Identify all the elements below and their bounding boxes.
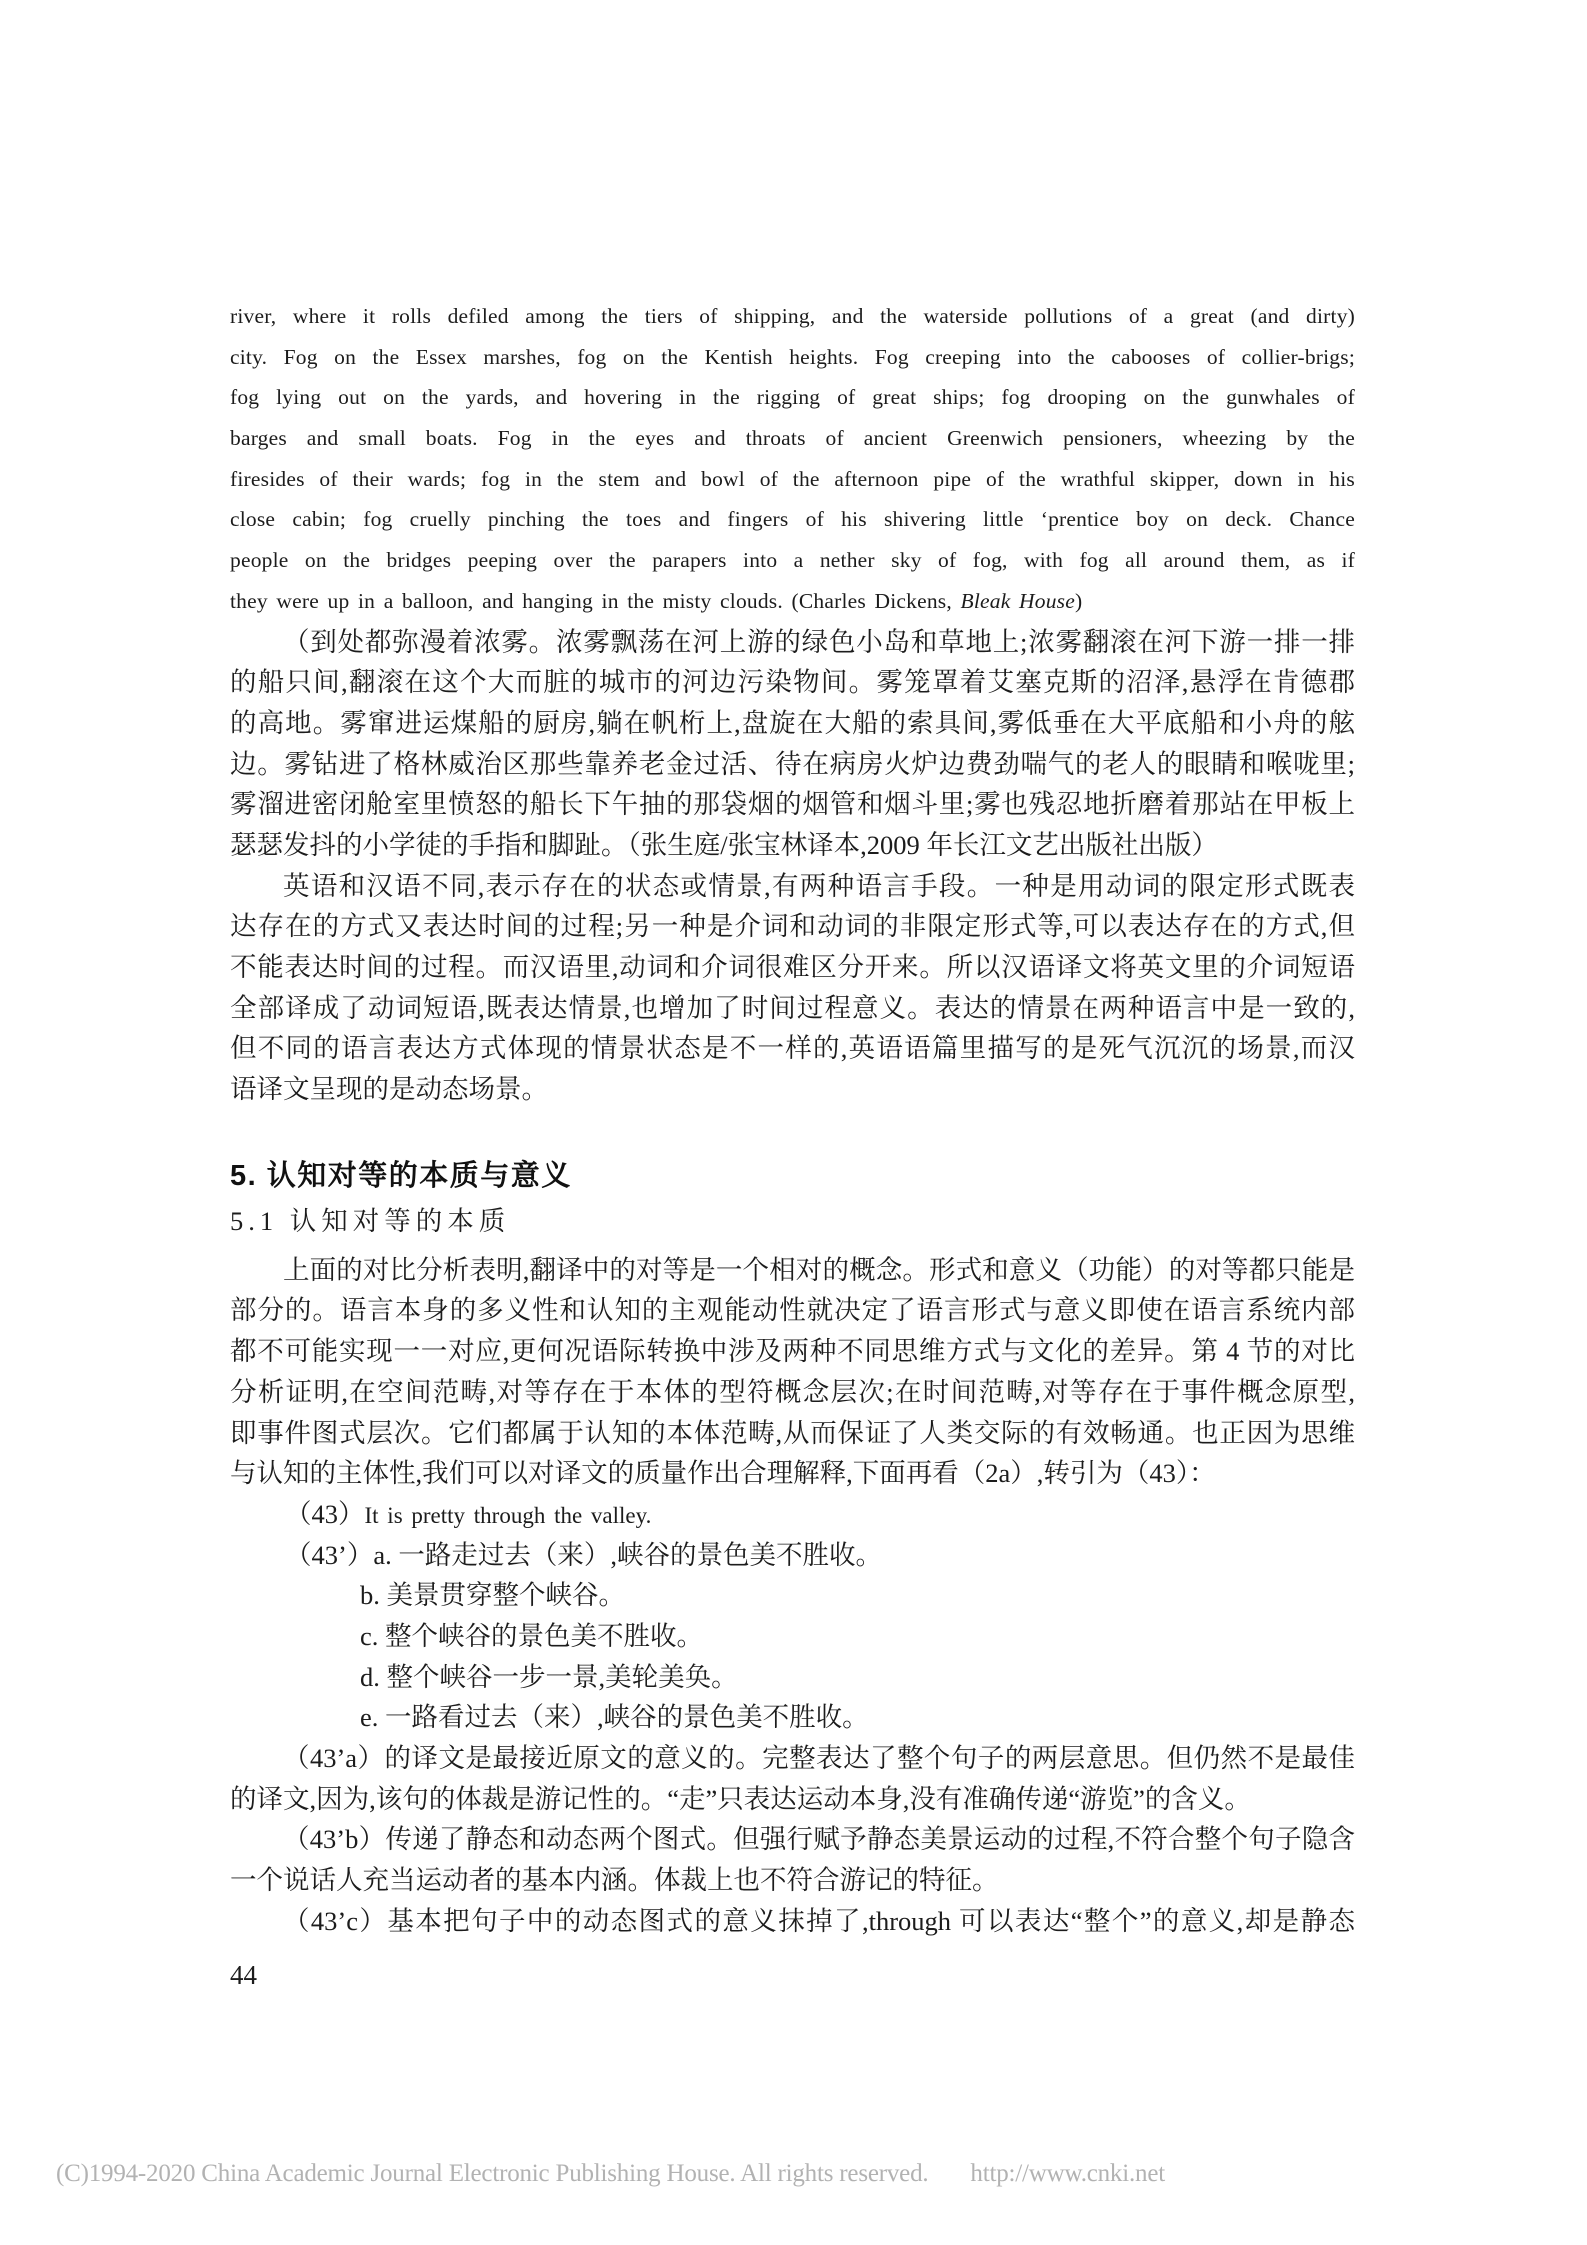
chinese-translation-line: 的船只间,翻滚在这个大而脏的城市的河边污染物间。雾笼罩着艾塞克斯的沼泽,悬浮在肯… bbox=[230, 662, 1355, 703]
analysis-line: 上面的对比分析表明,翻译中的对等是一个相对的概念。形式和意义（功能）的对等都只能… bbox=[230, 1250, 1355, 1291]
page-number: 44 bbox=[230, 1955, 1355, 1995]
example-number: （43） bbox=[285, 1499, 365, 1529]
english-excerpt-line: city. Fog on the Essex marshes, fog on t… bbox=[230, 337, 1355, 378]
english-excerpt-line: close cabin; fog cruelly pinching the to… bbox=[230, 499, 1355, 540]
analysis-line: 语译文呈现的是动态场景。 bbox=[230, 1069, 1355, 1110]
excerpt-citation-text: they were up in a balloon, and hanging i… bbox=[230, 589, 961, 613]
analysis-line: 不能表达时间的过程。而汉语里,动词和介词很难区分开来。所以汉语译文将英文里的介词… bbox=[230, 947, 1355, 988]
english-excerpt-line: people on the bridges peeping over the p… bbox=[230, 540, 1355, 581]
analysis-line: 英语和汉语不同,表示存在的状态或情景,有两种语言手段。一种是用动词的限定形式既表 bbox=[230, 866, 1355, 907]
example-source-line: （43）It is pretty through the valley. bbox=[230, 1494, 1355, 1535]
example-item-line: b. 美景贯穿整个峡谷。 bbox=[230, 1575, 1355, 1616]
section-heading: 5. 认知对等的本质与意义 bbox=[230, 1152, 1355, 1200]
analysis-line: 分析证明,在空间范畴,对等存在于本体的型符概念层次;在时间范畴,对等存在于事件概… bbox=[230, 1372, 1355, 1413]
example-item-line: e. 一路看过去（来）,峡谷的景色美不胜收。 bbox=[230, 1697, 1355, 1738]
analysis-line: 即事件图式层次。它们都属于认知的本体范畴,从而保证了人类交际的有效畅通。也正因为… bbox=[230, 1413, 1355, 1454]
comment-line: （43’a）的译文是最接近原文的意义的。完整表达了整个句子的两层意思。但仍然不是… bbox=[230, 1738, 1355, 1779]
excerpt-citation-close: ) bbox=[1075, 589, 1082, 613]
example-item-line: d. 整个峡谷一步一景,美轮美奂。 bbox=[230, 1657, 1355, 1698]
analysis-line: 部分的。语言本身的多义性和认知的主观能动性就决定了语言形式与意义即使在语言系统内… bbox=[230, 1290, 1355, 1331]
comment-line: （43’b）传递了静态和动态两个图式。但强行赋予静态美景运动的过程,不符合整个句… bbox=[230, 1819, 1355, 1860]
chinese-translation-line: （到处都弥漫着浓雾。浓雾飘荡在河上游的绿色小岛和草地上;浓雾翻滚在河下游一排一排 bbox=[230, 622, 1355, 663]
subsection-heading: 5.1 认知对等的本质 bbox=[230, 1200, 1355, 1242]
english-excerpt-line: river, where it rolls defiled among the … bbox=[230, 296, 1355, 337]
analysis-line: 与认知的主体性,我们可以对译文的质量作出合理解释,下面再看（2a）,转引为（43… bbox=[230, 1453, 1355, 1494]
comment-line: （43’c）基本把句子中的动态图式的意义抹掉了,through 可以表达“整个”… bbox=[230, 1901, 1355, 1942]
analysis-line: 都不可能实现一一对应,更何况语际转换中涉及两种不同思维方式与文化的差异。第 4 … bbox=[230, 1331, 1355, 1372]
cnki-url: http://www.cnki.net bbox=[970, 2160, 1165, 2187]
analysis-line: 全部译成了动词短语,既表达情景,也增加了时间过程意义。表达的情景在两种语言中是一… bbox=[230, 988, 1355, 1029]
example-item-line: c. 整个峡谷的景色美不胜收。 bbox=[230, 1616, 1355, 1657]
english-excerpt-line: they were up in a balloon, and hanging i… bbox=[230, 581, 1355, 622]
english-excerpt-line: barges and small boats. Fog in the eyes … bbox=[230, 418, 1355, 459]
copyright-footer: (C)1994-2020 China Academic Journal Elec… bbox=[56, 2160, 1536, 2188]
comment-line: 一个说话人充当运动者的基本内涵。体裁上也不符合游记的特征。 bbox=[230, 1860, 1355, 1901]
body-text-column: river, where it rolls defiled among the … bbox=[230, 296, 1355, 1995]
chinese-translation-line: 瑟瑟发抖的小学徒的手指和脚趾。（张生庭/张宝林译本,2009 年长江文艺出版社出… bbox=[230, 825, 1355, 866]
example-item-line: （43’）a. 一路走过去（来）,峡谷的景色美不胜收。 bbox=[230, 1535, 1355, 1576]
english-excerpt-line: fog lying out on the yards, and hovering… bbox=[230, 377, 1355, 418]
copyright-text: (C)1994-2020 China Academic Journal Elec… bbox=[56, 2160, 928, 2187]
comment-line: 的译文,因为,该句的体裁是游记性的。“走”只表达运动本身,没有准确传递“游览”的… bbox=[230, 1779, 1355, 1820]
chinese-translation-line: 雾溜进密闭舱室里愤怒的船长下午抽的那袋烟的烟管和烟斗里;雾也残忍地折磨着那站在甲… bbox=[230, 784, 1355, 825]
chinese-translation-line: 的高地。雾窜进运煤船的厨房,躺在帆桁上,盘旋在大船的索具间,雾低垂在大平底船和小… bbox=[230, 703, 1355, 744]
analysis-line: 达存在的方式又表达时间的过程;另一种是介词和动词的非限定形式等,可以表达存在的方… bbox=[230, 906, 1355, 947]
analysis-line: 但不同的语言表达方式体现的情景状态是不一样的,英语语篇里描写的是死气沉沉的场景,… bbox=[230, 1028, 1355, 1069]
english-excerpt-line: firesides of their wards; fog in the ste… bbox=[230, 459, 1355, 500]
chinese-translation-line: 边。雾钻进了格林威治区那些靠养老金过活、待在病房火炉边费劲喘气的老人的眼睛和喉咙… bbox=[230, 744, 1355, 785]
book-title: Bleak House bbox=[961, 589, 1075, 613]
example-english-sentence: It is pretty through the valley. bbox=[365, 1503, 652, 1528]
